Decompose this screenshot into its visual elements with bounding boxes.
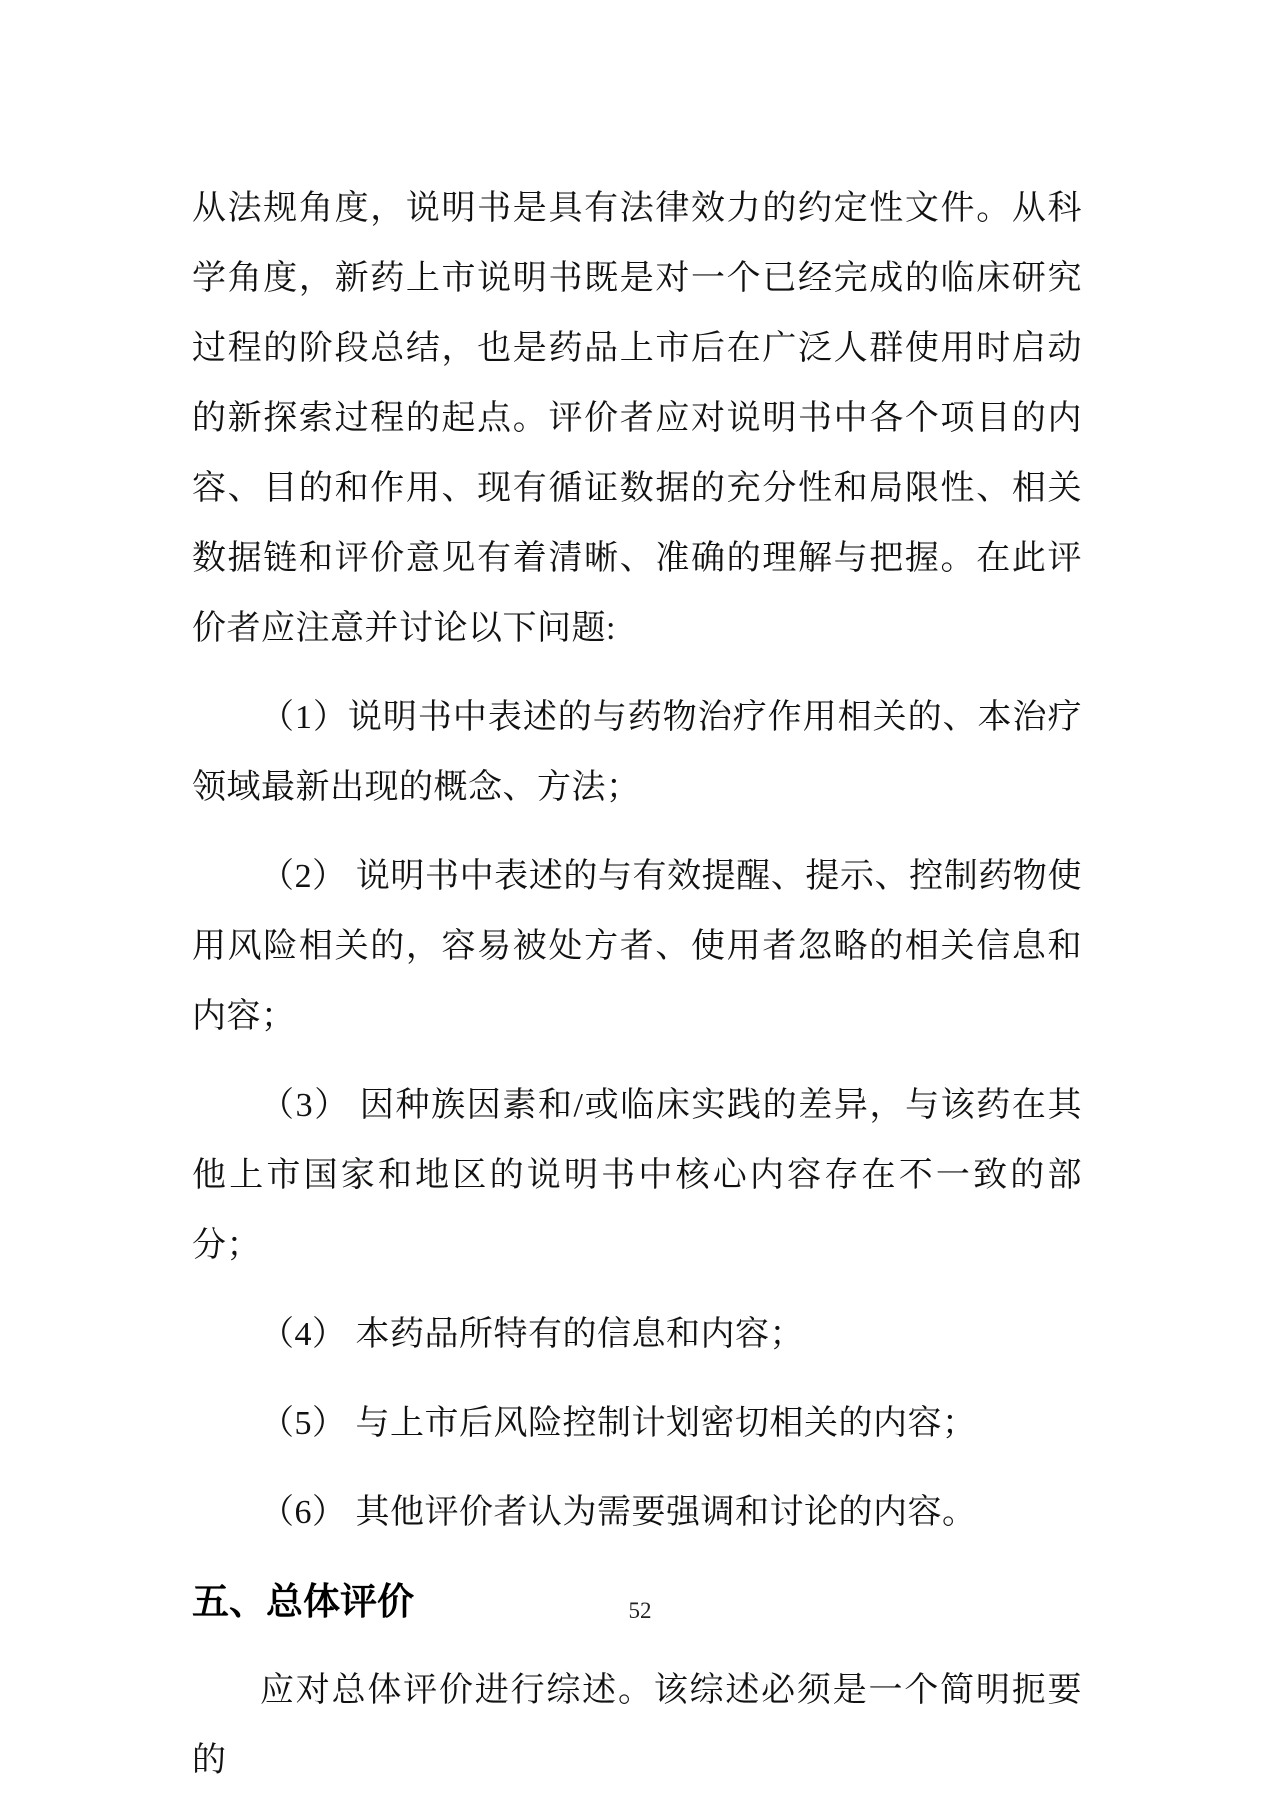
page-footer: 52 (0, 1598, 1280, 1624)
list-item-1: （1）说明书中表述的与药物治疗作用相关的、本治疗领域最新出现的概念、方法； (192, 683, 1082, 823)
list-item-5: （5） 与上市后风险控制计划密切相关的内容； (192, 1389, 1082, 1459)
list-item-6: （6） 其他评价者认为需要强调和讨论的内容。 (192, 1478, 1082, 1548)
list-item-3: （3） 因种族因素和/或临床实践的差异，与该药在其他上市国家和地区的说明书中核心… (192, 1071, 1082, 1281)
closing-paragraph: 应对总体评价进行综述。该综述必须是一个简明扼要的 (192, 1656, 1082, 1796)
paragraph-continuation: 从法规角度，说明书是具有法律效力的约定性文件。从科学角度，新药上市说明书既是对一… (192, 174, 1082, 664)
document-page: 从法规角度，说明书是具有法律效力的约定性文件。从科学角度，新药上市说明书既是对一… (0, 0, 1280, 1810)
list-item-2: （2） 说明书中表述的与有效提醒、提示、控制药物使用风险相关的，容易被处方者、使… (192, 842, 1082, 1052)
page-body-text: 从法规角度，说明书是具有法律效力的约定性文件。从科学角度，新药上市说明书既是对一… (192, 174, 1082, 1810)
list-item-4: （4） 本药品所特有的信息和内容； (192, 1300, 1082, 1370)
page-number: 52 (629, 1598, 652, 1623)
